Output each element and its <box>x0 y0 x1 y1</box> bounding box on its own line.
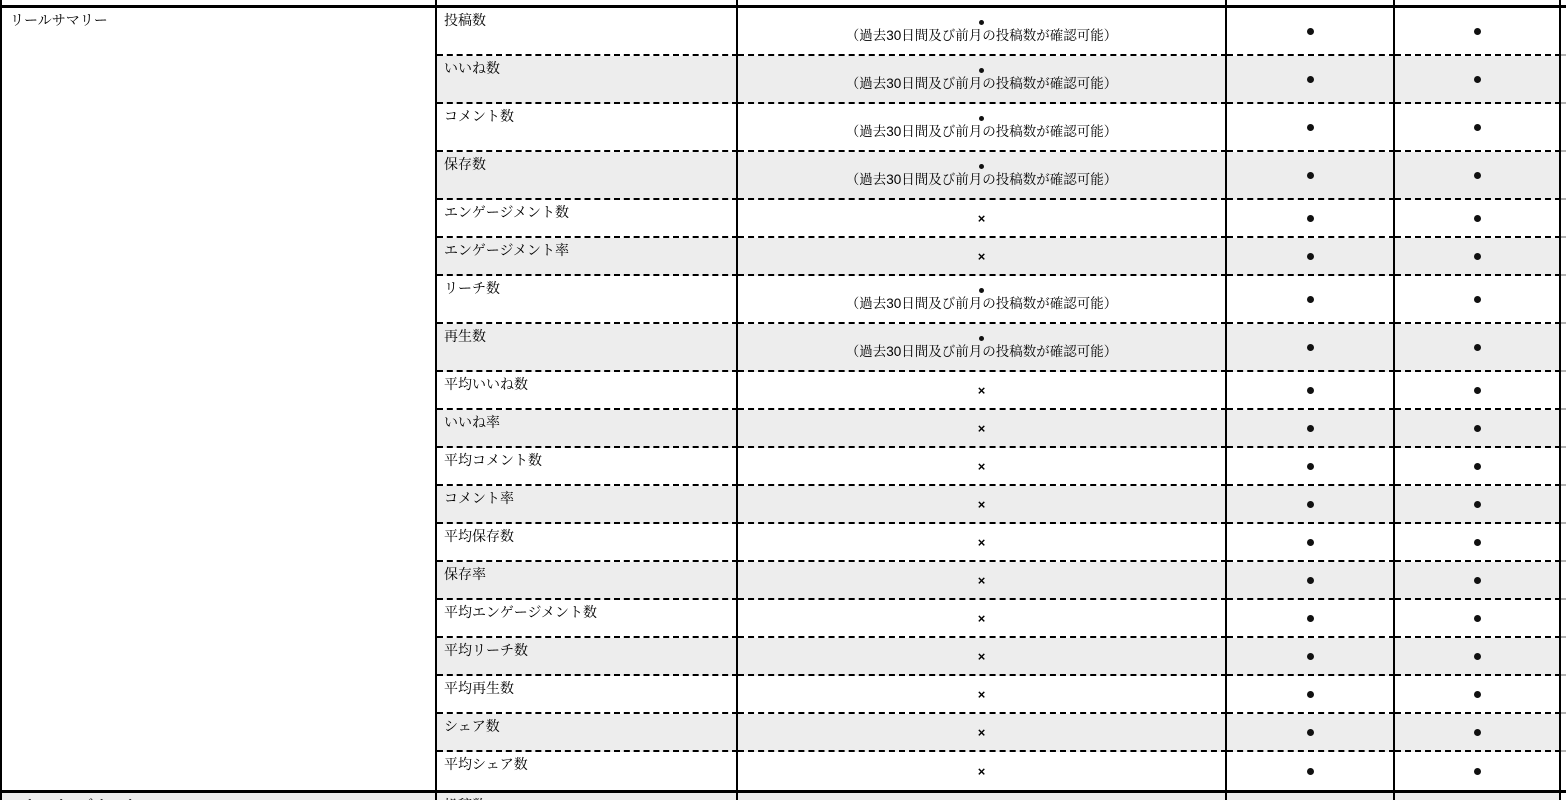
availability-cell: × <box>738 600 1227 638</box>
plan-b-cell <box>1395 486 1561 524</box>
plan-a-cell <box>1227 524 1395 562</box>
dot-mark <box>979 68 984 73</box>
table-edge-sliver <box>1561 200 1566 238</box>
previous-row-sliver <box>0 0 1566 5</box>
dot-mark <box>1474 387 1481 394</box>
metric-label: 再生数 <box>437 324 738 372</box>
metric-label: 平均シェア数 <box>437 752 738 790</box>
table-edge-sliver <box>1561 324 1566 372</box>
table-edge-sliver <box>1561 752 1566 790</box>
availability-cell: × <box>738 524 1227 562</box>
next-section-cell <box>738 793 1227 800</box>
table-row: 平均シェア数 × <box>437 752 1566 790</box>
plan-b-cell <box>1395 676 1561 714</box>
cross-mark: × <box>978 422 986 435</box>
availability-cell: （過去30日間及び前月の投稿数が確認可能） <box>738 56 1227 104</box>
metric-label: コメント数 <box>437 104 738 152</box>
metric-label: いいね数 <box>437 56 738 104</box>
dot-mark <box>979 164 984 169</box>
plan-a-cell <box>1227 714 1395 752</box>
dot-mark <box>1474 729 1481 736</box>
cross-mark: × <box>978 650 986 663</box>
availability-cell: × <box>738 486 1227 524</box>
plan-a-cell <box>1227 238 1395 276</box>
plan-a-cell <box>1227 600 1395 638</box>
table-edge-sliver <box>1561 524 1566 562</box>
cross-mark: × <box>978 688 986 701</box>
dot-mark <box>1474 76 1481 83</box>
dot-mark <box>979 116 984 121</box>
plan-a-cell <box>1227 562 1395 600</box>
table-edge-sliver <box>1561 486 1566 524</box>
availability-cell: × <box>738 638 1227 676</box>
dot-mark <box>1307 124 1314 131</box>
metric-label: 平均リーチ数 <box>437 638 738 676</box>
dot-mark <box>1307 253 1314 260</box>
table-row: 平均保存数 × <box>437 524 1566 562</box>
dot-mark <box>1474 172 1481 179</box>
availability-note: （過去30日間及び前月の投稿数が確認可能） <box>846 295 1118 313</box>
dot-mark <box>1307 387 1314 394</box>
cross-mark: × <box>978 498 986 511</box>
plan-a-cell <box>1227 56 1395 104</box>
metric-label: エンゲージメント数 <box>437 200 738 238</box>
table-row: 平均いいね数 × <box>437 372 1566 410</box>
metric-label: 保存数 <box>437 152 738 200</box>
dot-mark <box>1307 653 1314 660</box>
dot-mark <box>979 336 984 341</box>
table-edge-sliver <box>1561 152 1566 200</box>
column-border <box>1225 0 1227 5</box>
table-edge-sliver <box>1561 410 1566 448</box>
metric-label: 平均コメント数 <box>437 448 738 486</box>
cross-mark: × <box>978 574 986 587</box>
table-edge-sliver <box>1561 676 1566 714</box>
dot-mark <box>1474 28 1481 35</box>
table-row: 平均エンゲージメント数 × <box>437 600 1566 638</box>
plan-a-cell <box>1227 200 1395 238</box>
plan-a-cell <box>1227 324 1395 372</box>
dot-mark <box>1307 172 1314 179</box>
metric-label: 平均いいね数 <box>437 372 738 410</box>
plan-a-cell <box>1227 638 1395 676</box>
plan-a-cell <box>1227 8 1395 56</box>
plan-b-cell <box>1395 714 1561 752</box>
availability-cell: × <box>738 200 1227 238</box>
dot-mark <box>1474 768 1481 775</box>
table-edge-sliver <box>1561 104 1566 152</box>
plan-b-cell <box>1395 324 1561 372</box>
table-row: リーチ数 （過去30日間及び前月の投稿数が確認可能） <box>437 276 1566 324</box>
plan-b-cell <box>1395 238 1561 276</box>
dot-mark <box>1474 615 1481 622</box>
metric-label: 平均エンゲージメント数 <box>437 600 738 638</box>
dot-mark <box>1474 577 1481 584</box>
table-row: エンゲージメント率 × <box>437 238 1566 276</box>
plan-a-cell <box>1227 104 1395 152</box>
metric-label: 保存率 <box>437 562 738 600</box>
metric-label: コメント率 <box>437 486 738 524</box>
plan-b-cell <box>1395 372 1561 410</box>
plan-b-cell <box>1395 200 1561 238</box>
plan-a-cell <box>1227 152 1395 200</box>
table-row: いいね数 （過去30日間及び前月の投稿数が確認可能） <box>437 56 1566 104</box>
plan-a-cell <box>1227 676 1395 714</box>
metric-label: リーチ数 <box>437 276 738 324</box>
column-border <box>435 0 437 5</box>
plan-b-cell <box>1395 752 1561 790</box>
dot-mark <box>1307 501 1314 508</box>
section-label: リールサマリー <box>0 8 437 790</box>
dot-mark <box>1474 253 1481 260</box>
cross-mark: × <box>978 250 986 263</box>
dot-mark <box>1474 463 1481 470</box>
table-row: いいね率 × <box>437 410 1566 448</box>
cross-mark: × <box>978 460 986 473</box>
availability-cell: （過去30日間及び前月の投稿数が確認可能） <box>738 104 1227 152</box>
table-row: 平均再生数 × <box>437 676 1566 714</box>
availability-note: （過去30日間及び前月の投稿数が確認可能） <box>846 343 1118 361</box>
next-section-cell <box>1227 793 1395 800</box>
table-edge-sliver <box>1561 793 1566 800</box>
next-section-cell <box>1395 793 1561 800</box>
metric-label: いいね率 <box>437 410 738 448</box>
dot-mark <box>1307 425 1314 432</box>
table-row: コメント率 × <box>437 486 1566 524</box>
dot-mark <box>1307 615 1314 622</box>
table-row: 保存数 （過去30日間及び前月の投稿数が確認可能） <box>437 152 1566 200</box>
column-border <box>1393 0 1395 5</box>
table-edge-sliver <box>1561 448 1566 486</box>
column-border <box>736 0 738 5</box>
availability-cell: × <box>738 752 1227 790</box>
availability-cell: × <box>738 448 1227 486</box>
plan-b-cell <box>1395 600 1561 638</box>
plan-b-cell <box>1395 562 1561 600</box>
dot-mark <box>1307 463 1314 470</box>
dot-mark <box>1307 691 1314 698</box>
availability-note: （過去30日間及び前月の投稿数が確認可能） <box>846 75 1118 93</box>
plan-b-cell <box>1395 638 1561 676</box>
availability-cell: （過去30日間及び前月の投稿数が確認可能） <box>738 152 1227 200</box>
dot-mark <box>1307 344 1314 351</box>
metric-label: 投稿数 <box>437 8 738 56</box>
availability-note: （過去30日間及び前月の投稿数が確認可能） <box>846 27 1118 45</box>
dot-mark <box>1307 296 1314 303</box>
dot-mark <box>979 288 984 293</box>
availability-cell: × <box>738 676 1227 714</box>
dot-mark <box>1474 539 1481 546</box>
table-edge-sliver <box>1561 372 1566 410</box>
plan-b-cell <box>1395 448 1561 486</box>
table-edge-sliver <box>1561 8 1566 56</box>
plan-b-cell <box>1395 56 1561 104</box>
table-edge-sliver <box>1561 562 1566 600</box>
dot-mark <box>1474 296 1481 303</box>
dot-mark <box>1474 501 1481 508</box>
metric-label: 平均再生数 <box>437 676 738 714</box>
dot-mark <box>1307 577 1314 584</box>
availability-cell: （過去30日間及び前月の投稿数が確認可能） <box>738 324 1227 372</box>
column-border <box>0 0 2 5</box>
dot-mark <box>1474 344 1481 351</box>
table-row: シェア数 × <box>437 714 1566 752</box>
plan-b-cell <box>1395 410 1561 448</box>
metric-label: エンゲージメント率 <box>437 238 738 276</box>
dot-mark <box>1474 653 1481 660</box>
availability-note: （過去30日間及び前月の投稿数が確認可能） <box>846 123 1118 141</box>
cross-mark: × <box>978 726 986 739</box>
plan-b-cell <box>1395 104 1561 152</box>
table-row: 投稿数 （過去30日間及び前月の投稿数が確認可能） <box>437 8 1566 56</box>
next-section-label: ストーリーズサマリー <box>0 793 437 800</box>
plan-b-cell <box>1395 8 1561 56</box>
cross-mark: × <box>978 212 986 225</box>
availability-cell: × <box>738 238 1227 276</box>
next-section-partial-row: ストーリーズサマリー 投稿数 <box>0 790 1566 800</box>
dot-mark <box>1474 124 1481 131</box>
table-row: 平均リーチ数 × <box>437 638 1566 676</box>
dot-mark <box>1307 539 1314 546</box>
dot-mark <box>1307 76 1314 83</box>
plan-a-cell <box>1227 752 1395 790</box>
availability-cell: × <box>738 714 1227 752</box>
plan-a-cell <box>1227 410 1395 448</box>
plan-b-cell <box>1395 276 1561 324</box>
metric-rows: 投稿数 （過去30日間及び前月の投稿数が確認可能） いいね数 （過去30日間及び… <box>437 8 1566 790</box>
cross-mark: × <box>978 384 986 397</box>
dot-mark <box>1474 215 1481 222</box>
table-edge-sliver <box>1561 276 1566 324</box>
availability-note: （過去30日間及び前月の投稿数が確認可能） <box>846 171 1118 189</box>
table-row: 保存率 × <box>437 562 1566 600</box>
dot-mark <box>1307 729 1314 736</box>
dot-mark <box>1474 691 1481 698</box>
reel-summary-section: リールサマリー 投稿数 （過去30日間及び前月の投稿数が確認可能） いいね数 （… <box>0 5 1566 800</box>
dot-mark <box>1474 425 1481 432</box>
table-row: 平均コメント数 × <box>437 448 1566 486</box>
availability-cell: × <box>738 372 1227 410</box>
metric-label: 平均保存数 <box>437 524 738 562</box>
table-row: 再生数 （過去30日間及び前月の投稿数が確認可能） <box>437 324 1566 372</box>
table-edge-sliver <box>1561 56 1566 104</box>
cross-mark: × <box>978 536 986 549</box>
plan-b-cell <box>1395 524 1561 562</box>
plan-a-cell <box>1227 276 1395 324</box>
cross-mark: × <box>978 612 986 625</box>
dot-mark <box>1307 28 1314 35</box>
plan-a-cell <box>1227 372 1395 410</box>
availability-cell: （過去30日間及び前月の投稿数が確認可能） <box>738 276 1227 324</box>
dot-mark <box>1307 215 1314 222</box>
table-edge-sliver <box>1561 638 1566 676</box>
availability-cell: × <box>738 562 1227 600</box>
dot-mark <box>1307 768 1314 775</box>
dot-mark <box>979 20 984 25</box>
availability-cell: （過去30日間及び前月の投稿数が確認可能） <box>738 8 1227 56</box>
plan-a-cell <box>1227 448 1395 486</box>
table-edge-sliver <box>1561 714 1566 752</box>
plan-b-cell <box>1395 152 1561 200</box>
table-row: コメント数 （過去30日間及び前月の投稿数が確認可能） <box>437 104 1566 152</box>
next-section-first-metric: 投稿数 <box>437 793 738 800</box>
cross-mark: × <box>978 765 986 778</box>
table-row: エンゲージメント数 × <box>437 200 1566 238</box>
table-edge-sliver <box>1561 600 1566 638</box>
availability-cell: × <box>738 410 1227 448</box>
column-border <box>1559 0 1561 5</box>
plan-a-cell <box>1227 486 1395 524</box>
table-edge-sliver <box>1561 238 1566 276</box>
metric-label: シェア数 <box>437 714 738 752</box>
comparison-table: リールサマリー 投稿数 （過去30日間及び前月の投稿数が確認可能） いいね数 （… <box>0 0 1566 800</box>
